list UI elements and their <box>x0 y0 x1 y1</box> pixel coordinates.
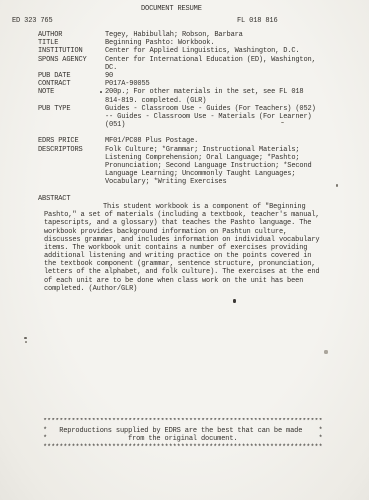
scan-speck <box>24 337 27 339</box>
document-resume-title: DOCUMENT RESUME <box>141 5 202 13</box>
blank-row <box>0 129 369 137</box>
reproduction-notice-line: * from the original document. * <box>43 435 323 444</box>
field-value-line: 200p.; For other materials in the set, s… <box>105 88 303 96</box>
field-label: SPONS AGENCY <box>38 56 87 64</box>
abstract-line: of each unit are to be done when class w… <box>0 277 369 285</box>
field-value-line: additional listening and writing practic… <box>44 252 311 260</box>
field-label: AUTHOR <box>38 31 62 39</box>
field-value-line: Listening Comprehension; Oral Language; … <box>105 154 299 162</box>
field-value-line: MF01/PC08 Plus Postage. <box>105 137 198 145</box>
field-label: TITLE <box>38 39 58 47</box>
abstract-line: discusses grammar, and includes informat… <box>0 236 369 244</box>
field-row: TITLEBeginning Pashto: Workbook. <box>0 39 369 47</box>
field-value-line: completed. (Author/GLR) <box>44 285 137 293</box>
field-label: ABSTRACT <box>38 195 70 203</box>
abstract-label-row: ABSTRACT <box>0 195 369 203</box>
field-value-line: Center for Applied Linguistics, Washingt… <box>105 47 299 55</box>
field-label: CONTRACT <box>38 80 70 88</box>
field-value-line: Pashto," a set of materials (including a… <box>44 211 319 219</box>
field-value-line: Pronunciation; Second Language Instructi… <box>105 162 312 170</box>
scanned-document-page: DOCUMENT RESUME ED 323 765 FL 018 816 AU… <box>0 0 369 500</box>
field-row: AUTHORTegey, Habibullah; Robson, Barbara <box>0 31 369 39</box>
field-row: (051) <box>0 121 369 129</box>
field-value-line: Guides - Classroom Use - Guides (For Tea… <box>105 105 316 113</box>
abstract-line: completed. (Author/GLR) <box>0 285 369 293</box>
scan-speck <box>336 184 338 187</box>
scan-speck <box>324 350 328 354</box>
fields-block: AUTHORTegey, Habibullah; Robson, Barbara… <box>0 31 369 293</box>
field-value-line: items. The workbook unit contains a numb… <box>44 244 307 252</box>
abstract-line: additional listening and writing practic… <box>0 252 369 260</box>
field-label: NOTE <box>38 88 54 96</box>
field-row: PUB DATE90 <box>0 72 369 80</box>
scan-speck <box>233 299 236 303</box>
field-value-line: Center for International Education (ED),… <box>105 56 316 64</box>
field-value-line: 90 <box>105 72 113 80</box>
field-row: Vocabulary; *Writing Exercises <box>0 178 369 186</box>
field-row: SPONS AGENCYCenter for International Edu… <box>0 56 369 64</box>
field-value-line: letters of the alphabet, and folk cultur… <box>44 268 319 276</box>
abstract-line: letters of the alphabet, and folk cultur… <box>0 268 369 276</box>
field-value-line: (051) <box>105 121 125 129</box>
field-value-line: -- Guides - Classroom Use - Materials (F… <box>105 113 312 121</box>
edrs-reproduction-notice-box: ****************************************… <box>43 418 323 452</box>
ed-accession-number: ED 323 765 <box>12 17 53 25</box>
field-value-line: tapescripts, and a glossary) that teache… <box>44 219 311 227</box>
field-value-line: 814-819. completed. (GLR) <box>105 97 206 105</box>
field-row: DC. <box>0 64 369 72</box>
field-value-line: P017A-90055 <box>105 80 150 88</box>
field-value-line: discusses grammar, and includes informat… <box>44 236 319 244</box>
field-value-line: Language Learning; Uncommonly Taught Lan… <box>105 170 295 178</box>
field-row: -- Guides - Classroom Use - Materials (F… <box>0 113 369 121</box>
field-row: Language Learning; Uncommonly Taught Lan… <box>0 170 369 178</box>
field-value-line: Tegey, Habibullah; Robson, Barbara <box>105 31 243 39</box>
abstract-line: This student workbook is a component of … <box>0 203 369 211</box>
abstract-line: the textbook component (grammar, sentenc… <box>0 260 369 268</box>
field-row: EDRS PRICEMF01/PC08 Plus Postage. <box>0 137 369 145</box>
scan-speck <box>25 341 27 343</box>
fl-clearinghouse-number: FL 018 816 <box>237 17 278 25</box>
field-value-line: of each unit are to be done when class w… <box>44 277 303 285</box>
reproduction-notice-line: * Reproductions supplied by EDRS are the… <box>43 427 323 436</box>
field-row: DESCRIPTORSFolk Culture; *Grammar; Instr… <box>0 146 369 154</box>
scan-speck <box>100 91 102 93</box>
abstract-line: Pashto," a set of materials (including a… <box>0 211 369 219</box>
field-row: Pronunciation; Second Language Instructi… <box>0 162 369 170</box>
field-row: NOTE200p.; For other materials in the se… <box>0 88 369 96</box>
field-label: PUB DATE <box>38 72 70 80</box>
reproduction-notice-line: ****************************************… <box>43 418 323 427</box>
reproduction-notice-line: ****************************************… <box>43 444 323 453</box>
field-label: EDRS PRICE <box>38 137 79 145</box>
field-label: DESCRIPTORS <box>38 146 83 154</box>
field-row: CONTRACTP017A-90055 <box>0 80 369 88</box>
field-value-line: Vocabulary; *Writing Exercises <box>105 178 227 186</box>
field-row: INSTITUTIONCenter for Applied Linguistic… <box>0 47 369 55</box>
abstract-line: tapescripts, and a glossary) that teache… <box>0 219 369 227</box>
field-row: PUB TYPEGuides - Classroom Use - Guides … <box>0 105 369 113</box>
field-value-line: Beginning Pashto: Workbook. <box>105 39 214 47</box>
field-value-line: This student workbook is a component of … <box>103 203 306 211</box>
field-row: 814-819. completed. (GLR) <box>0 97 369 105</box>
field-value-line: the textbook component (grammar, sentenc… <box>44 260 315 268</box>
blank-row <box>0 187 369 195</box>
field-value-line: Folk Culture; *Grammar; Instructional Ma… <box>105 146 299 154</box>
abstract-line: workbook provides background information… <box>0 228 369 236</box>
field-value-line: workbook provides background information… <box>44 228 287 236</box>
field-label: PUB TYPE <box>38 105 70 113</box>
abstract-line: items. The workbook unit contains a numb… <box>0 244 369 252</box>
field-value-line: DC. <box>105 64 117 72</box>
field-row: Listening Comprehension; Oral Language; … <box>0 154 369 162</box>
field-label: INSTITUTION <box>38 47 83 55</box>
